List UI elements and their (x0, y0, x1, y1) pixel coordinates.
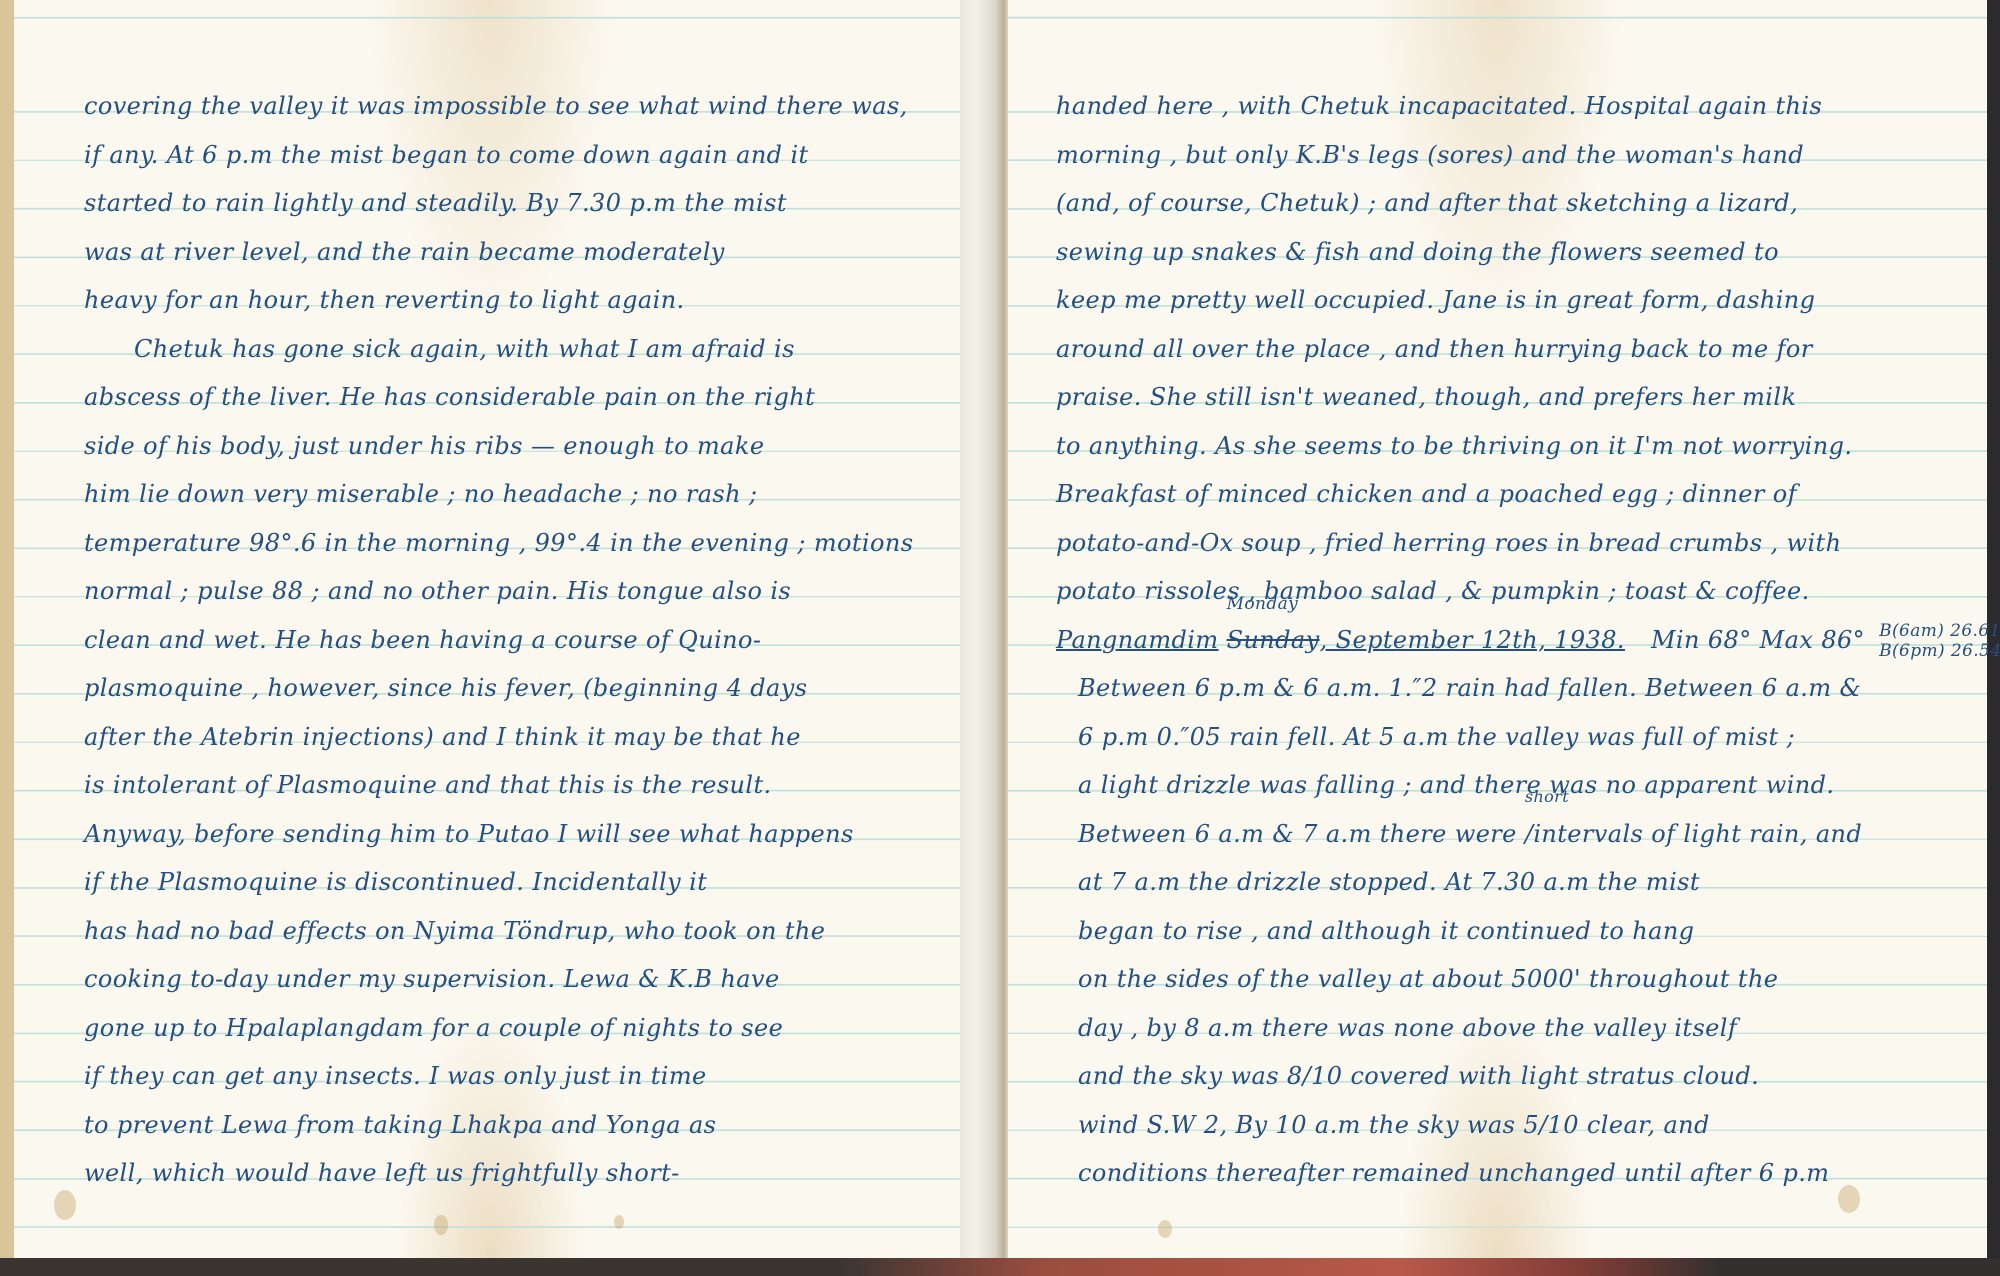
text-line: temperature 98°.6 in the morning , 99°.4… (84, 519, 964, 568)
text-line: handed here , with Chetuk incapacitated.… (1056, 82, 1986, 131)
text-line: well, which would have left us frightful… (84, 1149, 964, 1198)
entry-day: Monday Sunday (1227, 616, 1320, 665)
text-line: heavy for an hour, then reverting to lig… (84, 276, 964, 325)
text-line: Anyway, before sending him to Putao I wi… (84, 810, 964, 859)
text-line: started to rain lightly and steadily. By… (84, 179, 964, 228)
text-line: praise. She still isn't weaned, though, … (1056, 373, 1986, 422)
temperature-readings: Min 68° Max 86° (1651, 626, 1873, 654)
text-line: (and, of course, Chetuk) ; and after tha… (1056, 179, 1986, 228)
entry-day-correction: Monday (1227, 594, 1299, 614)
text-line: Breakfast of minced chicken and a poache… (1056, 470, 1986, 519)
text-line: side of his body, just under his ribs — … (84, 422, 964, 471)
right-page: handed here , with Chetuk incapacitated.… (1008, 0, 1993, 1258)
text-line: to prevent Lewa from taking Lhakpa and Y… (84, 1101, 964, 1150)
text-line: if the Plasmoquine is discontinued. Inci… (84, 858, 964, 907)
text-line: covering the valley it was impossible to… (84, 82, 964, 131)
text-line: wind S.W 2, By 10 a.m the sky was 5/10 c… (1056, 1101, 1986, 1150)
paper-stain (614, 1215, 624, 1229)
text-line: began to rise , and although it continue… (1056, 907, 1986, 956)
text-line: keep me pretty well occupied. Jane is in… (1056, 276, 1986, 325)
text-line: 6 p.m 0.″05 rain fell. At 5 a.m the vall… (1056, 713, 1986, 762)
text-line: normal ; pulse 88 ; and no other pain. H… (84, 567, 964, 616)
left-page-text: covering the valley it was impossible to… (84, 82, 964, 1198)
text-line: Between 6 p.m & 6 a.m. 1.″2 rain had fal… (1056, 664, 1986, 713)
text-line: a light drizzle was falling ; and there … (1056, 761, 1986, 810)
paper-stain (434, 1215, 448, 1235)
paper-stain (1158, 1220, 1172, 1238)
max-temperature: Max 86° (1760, 626, 1865, 654)
entry-day-struck: Sunday (1227, 626, 1320, 654)
text-line: potato-and-Ox soup , fried herring roes … (1056, 519, 1986, 568)
book-gutter (960, 0, 1010, 1258)
text-line: clean and wet. He has been having a cour… (84, 616, 964, 665)
text-line: around all over the place , and then hur… (1056, 325, 1986, 374)
text-line: after the Atebrin injections) and I thin… (84, 713, 964, 762)
text-line: cooking to-day under my supervision. Lew… (84, 955, 964, 1004)
text-fragment: Between 6 a.m & 7 a.m there were (1078, 820, 1525, 848)
text-line: has had no bad effects on Nyima Töndrup,… (84, 907, 964, 956)
text-line: conditions thereafter remained unchanged… (1056, 1149, 1986, 1198)
text-line: was at river level, and the rain became … (84, 228, 964, 277)
book-cover-edge (0, 1258, 2000, 1276)
barometer-6am: B(6am) 26.61 (1879, 621, 2000, 641)
text-line: him lie down very miserable ; no headach… (84, 470, 964, 519)
left-page: covering the valley it was impossible to… (0, 0, 968, 1258)
entry-place: Pangnamdim (1056, 626, 1219, 654)
text-line: is intolerant of Plasmoquine and that th… (84, 761, 964, 810)
text-line: sewing up snakes & fish and doing the fl… (1056, 228, 1986, 277)
paper-stain (54, 1190, 76, 1220)
barometer-6pm: B(6pm) 26.54. (1879, 641, 2000, 661)
text-line: morning , but only K.B's legs (sores) an… (1056, 131, 1986, 180)
text-line: if they can get any insects. I was only … (84, 1052, 964, 1101)
text-line: and the sky was 8/10 covered with light … (1056, 1052, 1986, 1101)
right-page-text: handed here , with Chetuk incapacitated.… (1056, 82, 1986, 1198)
entry-date: , September 12th, 1938. (1320, 626, 1625, 654)
inserted-word-wrap: short/ (1525, 810, 1534, 859)
text-line: potato rissoles , bamboo salad , & pumpk… (1056, 567, 1986, 616)
paragraph-start-line: Chetuk has gone sick again, with what I … (84, 325, 964, 374)
text-line: abscess of the liver. He has considerabl… (84, 373, 964, 422)
text-line-with-insertion: Between 6 a.m & 7 a.m there were short/i… (1056, 810, 1986, 859)
text-line: to anything. As she seems to be thriving… (1056, 422, 1986, 471)
barometer-readings: B(6am) 26.61 B(6pm) 26.54. (1879, 621, 2000, 661)
min-temperature: Min 68° (1651, 626, 1752, 654)
text-line: plasmoquine , however, since his fever, … (84, 664, 964, 713)
text-line: on the sides of the valley at about 5000… (1056, 955, 1986, 1004)
text-line: day , by 8 a.m there was none above the … (1056, 1004, 1986, 1053)
text-line: gone up to Hpalaplangdam for a couple of… (84, 1004, 964, 1053)
inserted-word: short (1525, 788, 1569, 806)
notebook-spread: covering the valley it was impossible to… (0, 0, 2000, 1258)
diary-entry-heading: Pangnamdim Monday Sunday , September 12t… (1056, 616, 1986, 665)
text-fragment: intervals of light rain, and (1533, 820, 1862, 848)
text-line: if any. At 6 p.m the mist began to come … (84, 131, 964, 180)
text-line: at 7 a.m the drizzle stopped. At 7.30 a.… (1056, 858, 1986, 907)
